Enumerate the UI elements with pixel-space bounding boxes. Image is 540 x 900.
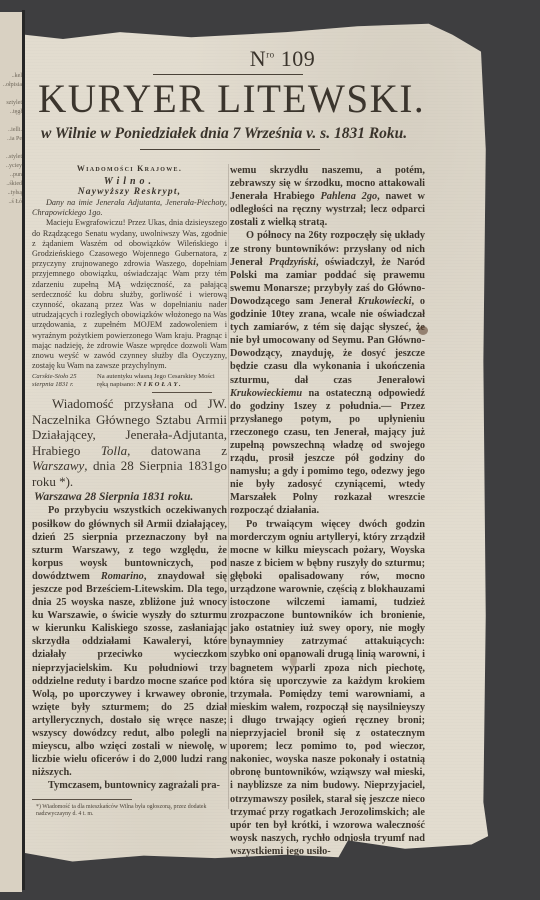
signature-note-block: Na autentyku własną Jego Cesarskiey Mośc…: [97, 373, 227, 389]
issue-number: Nro 109: [65, 46, 500, 72]
paragraph-text: , o godzinie 10tey zrana, wcale nie oświ…: [230, 296, 425, 386]
footnote: *) Wiadomość ta dla mieszkańców Wilna by…: [32, 804, 227, 819]
article-body-right: wemu skrzydłu naszemu, a potém, zebrawsz…: [230, 164, 425, 858]
place-heading: Wilno.: [32, 176, 227, 187]
adjacent-page-edge: ..kel ..ołpisia sztylet ..tęgł ..ielli. …: [0, 12, 22, 892]
headline-name-tolla: Tolla: [101, 443, 127, 458]
article-dateline: Warszawa 28 Sierpnia 1831 roku.: [34, 490, 227, 504]
masthead-rule: [153, 74, 303, 75]
dateline: w Wilnie w Poniedziałek dnia 7 Września …: [41, 125, 500, 143]
ink-stain: [418, 326, 428, 335]
headline-text-c: , datowana z: [127, 443, 227, 458]
paragraph: wemu skrzydłu naszemu, a potém, zebrawsz…: [230, 164, 425, 229]
column-separator: [228, 164, 229, 809]
name-romarino: Romarino: [101, 571, 144, 582]
name-krukowiecki: Krukowiecki: [358, 296, 412, 307]
rescript-addressee: Dany na imie Jenerała Adjutanta, Jenerał…: [32, 198, 227, 218]
paragraph-text: na ostateczną odpowiedź do godziny 1szey…: [230, 388, 425, 517]
paragraph: Po przybyciu wszystkich oczekiwanych pos…: [32, 504, 227, 779]
signature-rule: [152, 392, 212, 393]
signature-block: Carskie-Sioło 25 sierpnia 1831 r. Na aut…: [32, 373, 227, 389]
masthead: Nro 109 KURYER LITEWSKI. w Wilnie w Poni…: [25, 46, 500, 150]
article-body-left: Po przybyciu wszystkich oczekiwanych pos…: [32, 504, 227, 792]
left-column: Wiadomości Krajowe. Wilno. Naywyższy Res…: [32, 164, 227, 818]
footnote-rule: [32, 799, 132, 800]
paragraph: Po trwaiącym więcey dwóch godzin morderc…: [230, 518, 425, 858]
newspaper-title: KURYER LITEWSKI.: [38, 79, 491, 119]
name-krukowieckiemu: Krukowieckiemu: [230, 388, 302, 399]
paragraph-text: , znaydował się jeszcze pod Brześciem-Li…: [32, 571, 227, 778]
paragraph: Tymczasem, buntownicy zagrażali pra-: [32, 779, 227, 792]
issue-prefix-sup: ro: [266, 50, 275, 60]
name-pahlen: Pahlena 2go: [320, 191, 377, 202]
adjacent-page-text: ..kel ..ołpisia sztylet ..tęgł ..ielli. …: [0, 72, 22, 207]
issue-prefix: N: [250, 46, 266, 71]
name-pradzynski: Prądzyński: [269, 257, 316, 268]
section-heading: Wiadomości Krajowe.: [32, 164, 227, 173]
rescript-title: Naywyższy Reskrypt,: [32, 187, 227, 198]
binding-gutter: [22, 10, 25, 890]
dateline-rule: [140, 149, 320, 150]
ink-stain: [290, 654, 297, 666]
article-headline: Wiadomość przysłana od JW. Naczelnika Gł…: [32, 396, 227, 489]
newspaper-page: Nro 109 KURYER LITEWSKI. w Wilnie w Poni…: [25, 22, 500, 870]
headline-place-warszawy: Warszawy: [32, 458, 84, 473]
issue-number-value: 109: [281, 46, 316, 71]
paragraph: O północy na 26ty rozpoczęły się układy …: [230, 229, 425, 517]
rescript-body: Macieju Ewgrafowiczu! Przez Ukas, dnia d…: [32, 218, 227, 371]
right-column: wemu skrzydłu naszemu, a potém, zebrawsz…: [230, 164, 425, 858]
signature-place-date: Carskie-Sioło 25 sierpnia 1831 r.: [32, 373, 92, 389]
signature-name: NIKOŁAY.: [137, 381, 183, 388]
